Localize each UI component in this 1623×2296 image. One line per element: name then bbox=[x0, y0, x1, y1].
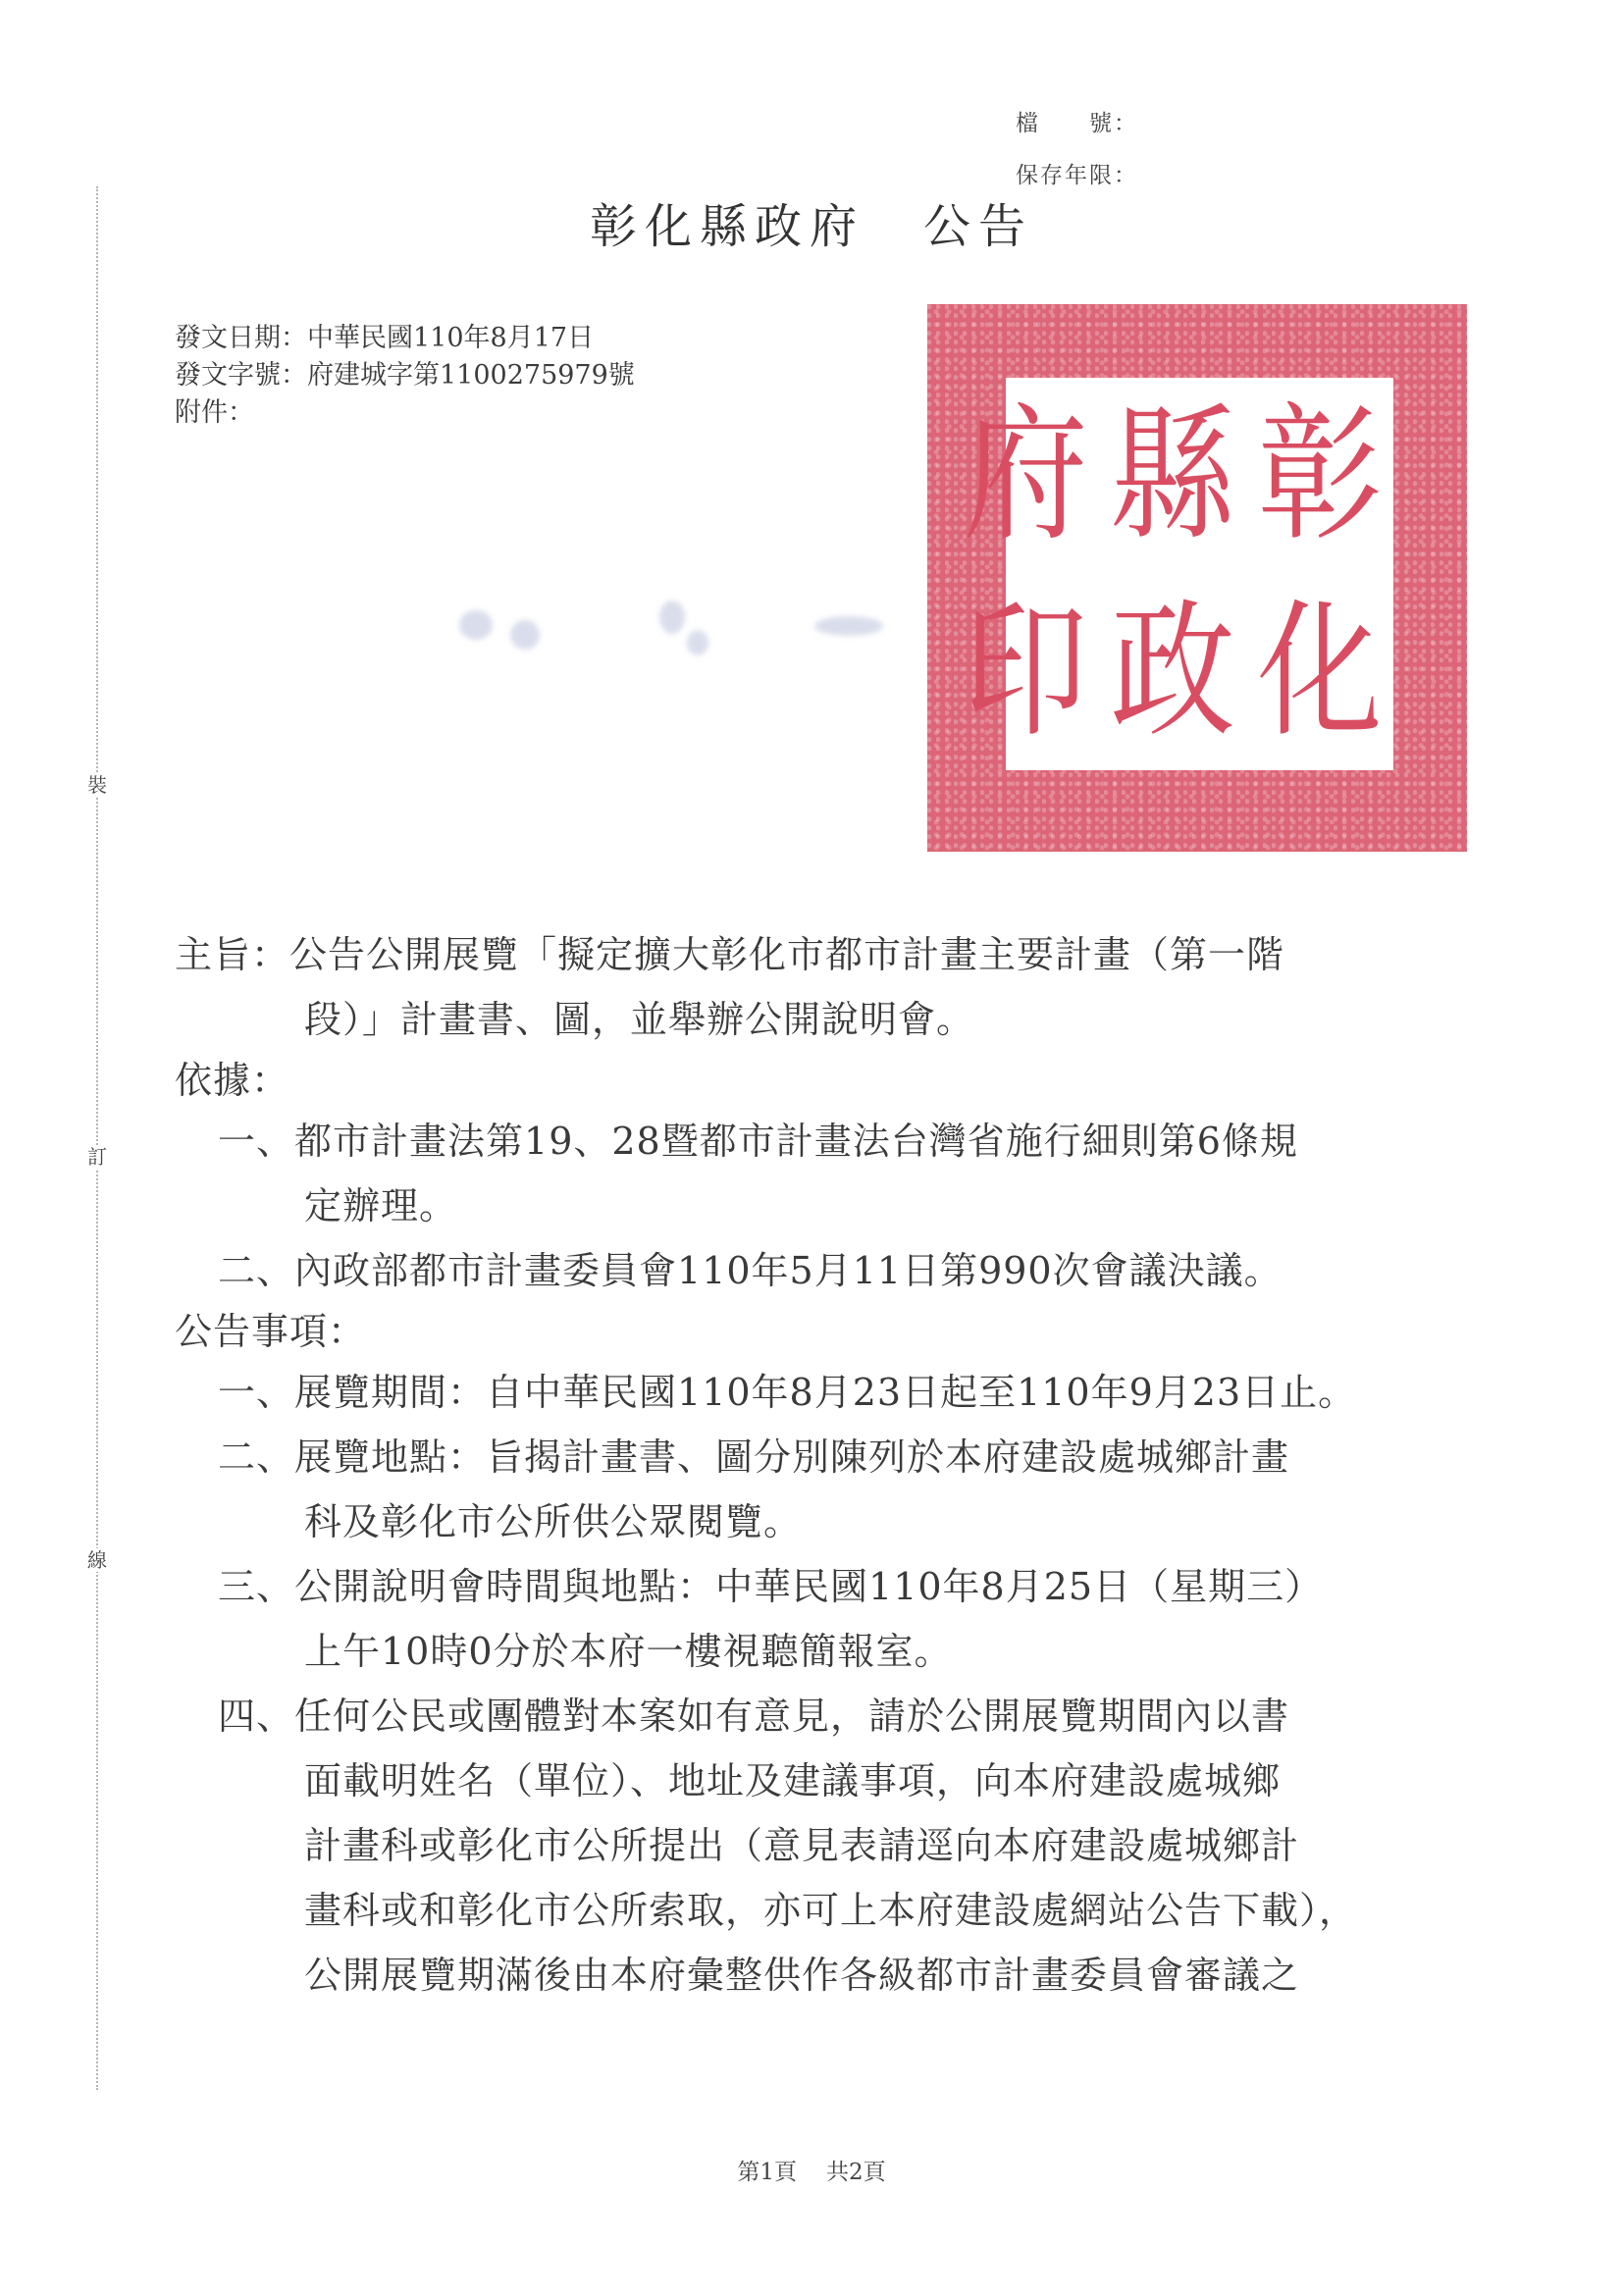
seal-character: 印 bbox=[963, 574, 1088, 770]
notice-item-2: 二、展覽地點：旨揭計畫書、圖分別陳列於本府建設處城鄉計畫 bbox=[175, 1425, 1450, 1489]
document-type: 公告 bbox=[923, 199, 1033, 254]
notice-body: 主旨：公告公開展覽「擬定擴大彰化市都市計畫主要計畫（第一階 段）」計畫書、圖，並… bbox=[175, 922, 1450, 2008]
issue-number: 發文字號：府建城字第1100275979號 bbox=[175, 357, 635, 394]
notice-item-4-cont: 面載明姓名（單位）、地址及建議事項，向本府建設處城鄉 bbox=[175, 1748, 1450, 1813]
item-number: 一、 bbox=[218, 1371, 294, 1414]
subject-text: 公告公開展覽「擬定擴大彰化市都市計畫主要計畫（第一階 bbox=[289, 933, 1284, 976]
seal-character: 縣 bbox=[1110, 378, 1235, 574]
seal-character: 彰 bbox=[1257, 378, 1383, 574]
total-pages: 共2頁 bbox=[826, 2160, 886, 2185]
notice-item-4-cont: 計畫科或彰化市公所提出（意見表請逕向本府建設處城鄉計 bbox=[175, 1813, 1450, 1878]
seal-character: 府 bbox=[963, 378, 1088, 574]
item-number: 二、 bbox=[218, 1435, 294, 1479]
retention-period-label: 保存年限： bbox=[1016, 157, 1138, 189]
subject-line-1: 主旨：公告公開展覽「擬定擴大彰化市都市計畫主要計畫（第一階 bbox=[175, 922, 1450, 987]
official-seal-stamp: 彰 縣 府 化 政 印 bbox=[927, 304, 1467, 852]
attachment: 附件： bbox=[175, 394, 635, 432]
ink-smudge bbox=[687, 630, 708, 655]
notice-item-4-cont: 公開展覽期滿後由本府彙整供作各級都市計畫委員會審議之 bbox=[175, 1943, 1450, 2008]
basis-item-2: 二、內政部都市計畫委員會110年5月11日第990次會議決議。 bbox=[175, 1238, 1450, 1303]
notice-label: 公告事項： bbox=[175, 1303, 1450, 1360]
binding-label-xian: 線 bbox=[86, 1548, 108, 1572]
issuing-organization: 彰化縣政府 bbox=[590, 199, 864, 254]
ink-smudge bbox=[510, 620, 540, 650]
item-number: 四、 bbox=[218, 1695, 294, 1738]
page-indicator: 第1頁共2頁 bbox=[0, 2154, 1623, 2186]
notice-item-1: 一、展覽期間：自中華民國110年8月23日起至110年9月23日止。 bbox=[175, 1360, 1450, 1425]
ink-smudge bbox=[459, 610, 493, 640]
file-number-label: 檔 號： bbox=[1016, 105, 1138, 137]
subject-label: 主旨： bbox=[175, 933, 289, 976]
basis-item-1-cont: 定辦理。 bbox=[175, 1174, 1450, 1238]
ink-smudge bbox=[659, 600, 685, 634]
issue-info: 發文日期：中華民國110年8月17日 發文字號：府建城字第1100275979號… bbox=[175, 320, 635, 432]
document-title: 彰化縣政府公告 bbox=[0, 188, 1623, 256]
seal-character: 化 bbox=[1257, 574, 1383, 770]
notice-item-2-cont: 科及彰化市公所供公眾閱覽。 bbox=[175, 1489, 1450, 1554]
issue-date: 發文日期：中華民國110年8月17日 bbox=[175, 320, 635, 357]
binding-label-ding: 訂 bbox=[86, 1145, 108, 1169]
notice-item-4-cont: 畫科或和彰化市公所索取，亦可上本府建設處網站公告下載）， bbox=[175, 1878, 1450, 1943]
binding-dotted-line bbox=[96, 186, 98, 2090]
notice-item-4: 四、任何公民或團體對本案如有意見，請於公開展覽期間內以書 bbox=[175, 1684, 1450, 1748]
ink-smudge bbox=[814, 616, 883, 636]
notice-item-3-cont: 上午10時0分於本府一樓視聽簡報室。 bbox=[175, 1619, 1450, 1684]
current-page: 第1頁 bbox=[737, 2160, 797, 2185]
seal-character: 政 bbox=[1110, 574, 1235, 770]
item-number: 二、 bbox=[218, 1249, 294, 1292]
binding-label-zhuang: 裝 bbox=[86, 773, 108, 797]
item-number: 一、 bbox=[218, 1120, 294, 1163]
basis-item-1: 一、都市計畫法第19、28暨都市計畫法台灣省施行細則第6條規 bbox=[175, 1109, 1450, 1174]
subject-line-2: 段）」計畫書、圖，並舉辦公開說明會。 bbox=[175, 987, 1450, 1052]
notice-item-3: 三、公開說明會時間與地點：中華民國110年8月25日（星期三） bbox=[175, 1554, 1450, 1619]
basis-label: 依據： bbox=[175, 1052, 1450, 1109]
seal-inner-field: 彰 縣 府 化 政 印 bbox=[1006, 378, 1393, 770]
item-number: 三、 bbox=[218, 1565, 294, 1608]
